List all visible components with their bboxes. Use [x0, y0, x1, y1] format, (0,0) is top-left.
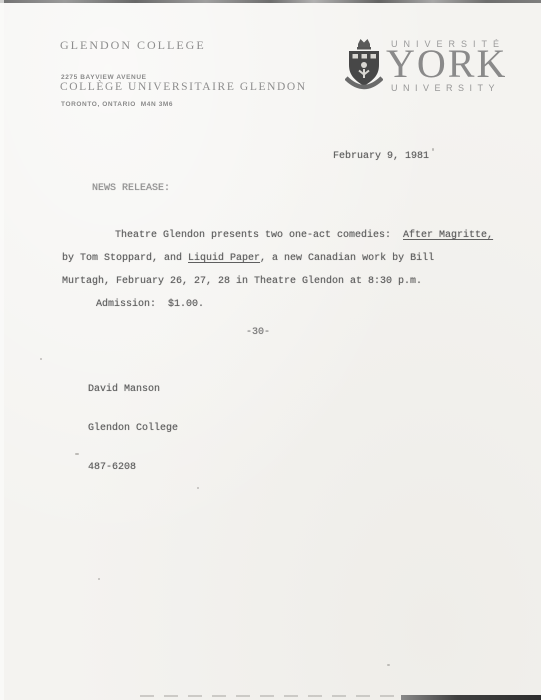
logo-word-university: UNIVERSITY: [391, 83, 500, 93]
admission-line: Admission: $1.00.: [96, 298, 204, 311]
body-paragraph-line-3: Murtagh, February 26, 27, 28 in Theatre …: [62, 275, 422, 288]
play-title-after-magritte: After Magritte,: [403, 230, 493, 241]
york-university-crest-icon: [345, 36, 383, 92]
scan-speck: [40, 358, 42, 360]
scan-speck: [432, 148, 434, 151]
contact-phone: 487-6208: [88, 461, 178, 474]
body-paragraph-line-1: Theatre Glendon presents two one-act com…: [115, 229, 493, 242]
scan-speck: [197, 487, 199, 489]
news-release-heading: NEWS RELEASE:: [92, 182, 170, 195]
scan-artifact-left-edge: [0, 0, 4, 700]
scan-speck: [387, 664, 390, 666]
logo-word-york: YORK: [386, 44, 507, 84]
scan-artifact-bottom-line: [140, 695, 405, 697]
contact-name: David Manson: [88, 383, 178, 396]
body-text: , a new Canadian work by Bill: [260, 253, 434, 264]
college-name: GLENDON COLLEGE: [60, 38, 206, 53]
play-title-liquid-paper: Liquid Paper: [188, 253, 260, 264]
body-paragraph-line-2: by Tom Stoppard, and Liquid Paper, a new…: [62, 252, 434, 265]
college-name-french: COLLÈGE UNIVERSITAIRE GLENDON: [60, 81, 307, 93]
letter-date: February 9, 1981: [333, 150, 429, 163]
address-line-2: TORONTO, ONTARIO M4N 3M6: [61, 100, 173, 109]
contact-block: David Manson Glendon College 487-6208: [88, 357, 178, 500]
scan-artifact-top-edge: [0, 0, 541, 3]
scan-artifact-bottom-dark-strip: [401, 695, 541, 700]
scan-speck: [98, 578, 100, 580]
body-text: Theatre Glendon presents two one-act com…: [115, 230, 403, 241]
body-text: by Tom Stoppard, and: [62, 253, 188, 264]
scan-speck: [75, 453, 79, 455]
contact-organization: Glendon College: [88, 422, 178, 435]
press-release-end-mark: -30-: [246, 326, 270, 339]
news-release-letter: GLENDON COLLEGE 2275 BAYVIEW AVENUE TORO…: [0, 0, 541, 700]
